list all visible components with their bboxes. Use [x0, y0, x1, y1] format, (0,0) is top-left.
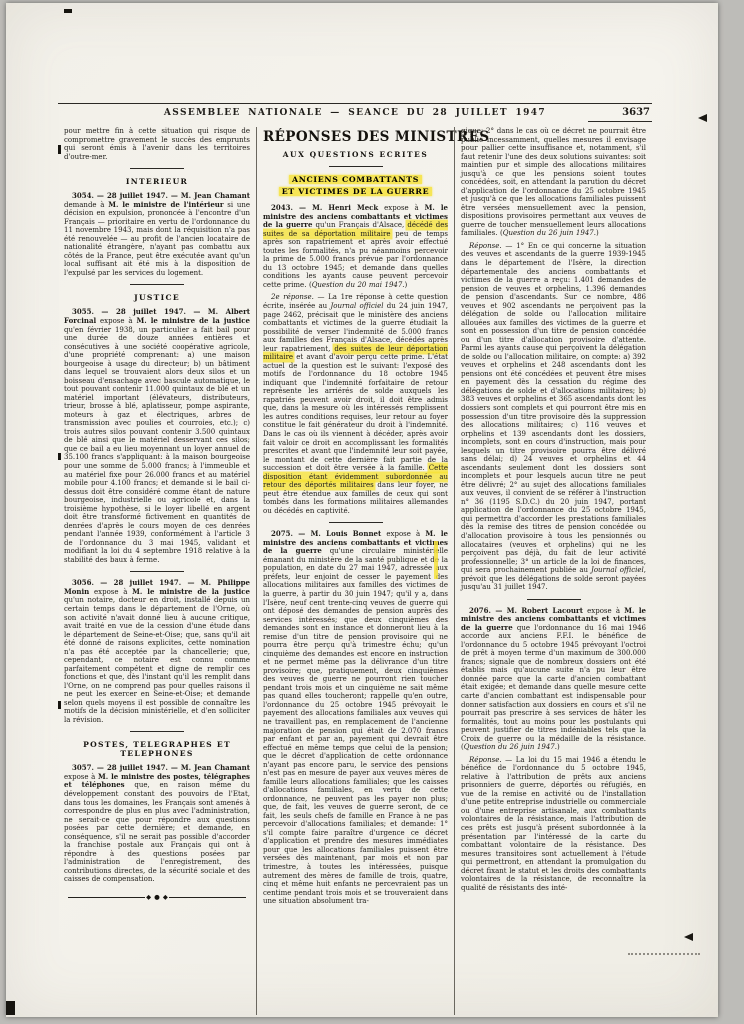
ornament-line	[68, 897, 145, 898]
paragraph: Réponse. — 1° En ce qui concerne la situ…	[461, 242, 646, 592]
text-segment: Question du 20 mai 1947.	[312, 281, 405, 289]
paragraph: 2043. — M. Henri Meck expose à M. le min…	[263, 204, 448, 289]
text-segment: 2e réponse.	[271, 293, 314, 301]
page-number-rule	[588, 121, 652, 122]
section-divider	[130, 731, 184, 732]
page-header: ASSEMBLEE NATIONALE — SEANCE DU 28 JUILL…	[58, 103, 652, 118]
scan-mark	[58, 701, 61, 709]
ornament-divider: ◆●◆	[68, 894, 246, 901]
ornament-glyph-icon: ◆	[163, 894, 168, 901]
text-segment: expose à	[89, 588, 132, 596]
section-heading: INTERIEUR	[64, 177, 250, 186]
paragraph: 2075. — M. Louis Bonnet expose à M. le m…	[263, 530, 448, 905]
text-segment: demande à	[64, 201, 108, 209]
heading-line: ET VICTIMES DE LA GUERRE	[263, 186, 448, 198]
section-divider	[329, 166, 383, 167]
paragraph: Réponse. — La loi du 15 mai 1946 a étend…	[461, 756, 646, 893]
text-segment: et avant d'avoir perçu cette prime. L'ét…	[263, 353, 448, 472]
paragraph: 2076. — M. Robert Lacourt expose à M. le…	[461, 607, 646, 752]
text-segment: Journal officiel	[330, 302, 383, 310]
paragraph: 3055. — 28 juillet 1947. — M. Albert For…	[64, 308, 250, 564]
responses-title: RÉPONSES DES MINISTRES	[263, 129, 448, 145]
text-segment: expose à	[96, 317, 136, 325]
text-segment: si une décision en expulsion, prononcée …	[64, 201, 250, 277]
ornament-line	[169, 897, 246, 898]
text-segment: qu'en février 1938, un particulier a fai…	[64, 326, 250, 564]
scan-mark	[58, 145, 61, 154]
margin-arrow-icon	[684, 933, 693, 941]
text-segment: M. le ministre de l'intérieur	[108, 200, 223, 209]
section-heading: JUSTICE	[64, 293, 250, 302]
heading-line: ANCIENS COMBATTANTS	[263, 174, 448, 186]
paragraph: 3056. — 28 juillet 1947. — M. Philippe M…	[64, 579, 250, 724]
text-segment: Réponse.	[469, 756, 502, 764]
journal-page: ASSEMBLEE NATIONALE — SEANCE DU 28 JUILL…	[6, 3, 718, 1017]
text-segment: M. le ministre de la justice	[136, 316, 250, 325]
paragraph: 3057. — 28 juillet 1947. — M. Jean Chama…	[64, 764, 250, 883]
section-divider	[130, 284, 184, 285]
text-segment: Réponse.	[469, 242, 502, 250]
text-segment: Question du 26 juin 1947.	[464, 743, 557, 751]
text-segment: que, en raison même du développement con…	[64, 781, 250, 883]
text-segment: — 1° En ce qui concerne la situation des…	[461, 242, 646, 574]
column-right: gique; 2° dans le cas où ce décret ne po…	[454, 127, 652, 1015]
highlighted-section-heading: ANCIENS COMBATTANTSET VICTIMES DE LA GUE…	[263, 174, 448, 198]
highlight-mark: ANCIENS COMBATTANTS	[289, 175, 422, 184]
text-segment: qu'une circulaire ministérielle émanant …	[263, 547, 448, 905]
column-left: pour mettre fin à cette situation qui ri…	[58, 127, 256, 1015]
section-divider	[130, 168, 184, 169]
text-segment: pour mettre fin à cette situation qui ri…	[64, 127, 250, 161]
page-number: 3637	[622, 107, 650, 118]
paragraph: 2e réponse. — La 1re réponse à cette que…	[263, 293, 448, 515]
text-segment: )	[405, 281, 408, 289]
margin-arrow-icon	[698, 114, 707, 122]
responses-subtitle: AUX QUESTIONS ECRITES	[263, 150, 448, 159]
text-segment: )	[557, 743, 560, 751]
paragraph: pour mettre fin à cette situation qui ri…	[64, 127, 250, 161]
section-divider	[130, 571, 184, 572]
scan-mark	[58, 453, 61, 460]
text-segment: Journal officiel	[591, 566, 644, 574]
ornament-glyph-icon: ●	[154, 894, 160, 901]
scan-mark	[64, 9, 72, 13]
text-segment: gique; 2° dans le cas où ce décret ne po…	[461, 127, 646, 237]
section-heading: POSTES, TELEGRAPHES ET TELEPHONES	[64, 740, 250, 758]
paragraph: 3054. — 28 juillet 1947. — M. Jean Chama…	[64, 192, 250, 277]
scan-dashes	[628, 953, 700, 955]
scan-mark	[6, 1001, 15, 1015]
text-segment: )	[596, 229, 599, 237]
page-header-title: ASSEMBLEE NATIONALE — SEANCE DU 28 JUILL…	[58, 108, 652, 118]
text-segment: Question du 26 juin 1947.	[503, 229, 596, 237]
ornament-glyph-icon: ◆	[146, 894, 151, 901]
highlight-mark: ET VICTIMES DE LA GUERRE	[279, 187, 433, 196]
column-middle: RÉPONSES DES MINISTRESAUX QUESTIONS ECRI…	[256, 127, 454, 1015]
scanned-journal-page: { "header": { "title": "ASSEMBLEE NATION…	[0, 0, 744, 1024]
text-segment: — La loi du 15 mai 1946 a étendu le béné…	[461, 756, 646, 892]
paragraph: gique; 2° dans le cas où ce décret ne po…	[461, 127, 646, 238]
text-segment: que l'ordonnance du 16 mai 1946 accorde …	[461, 624, 646, 751]
text-segment: M. le ministre de la justice	[132, 587, 250, 596]
text-segment: qu'un notaire, docteur en droit, install…	[64, 596, 250, 723]
section-divider	[329, 522, 383, 523]
text-segment: qu'un Français d'Alsace,	[312, 221, 407, 229]
columns: pour mettre fin à cette situation qui ri…	[58, 127, 652, 1015]
margin-highlight-mark	[434, 541, 438, 579]
section-divider	[527, 599, 581, 600]
